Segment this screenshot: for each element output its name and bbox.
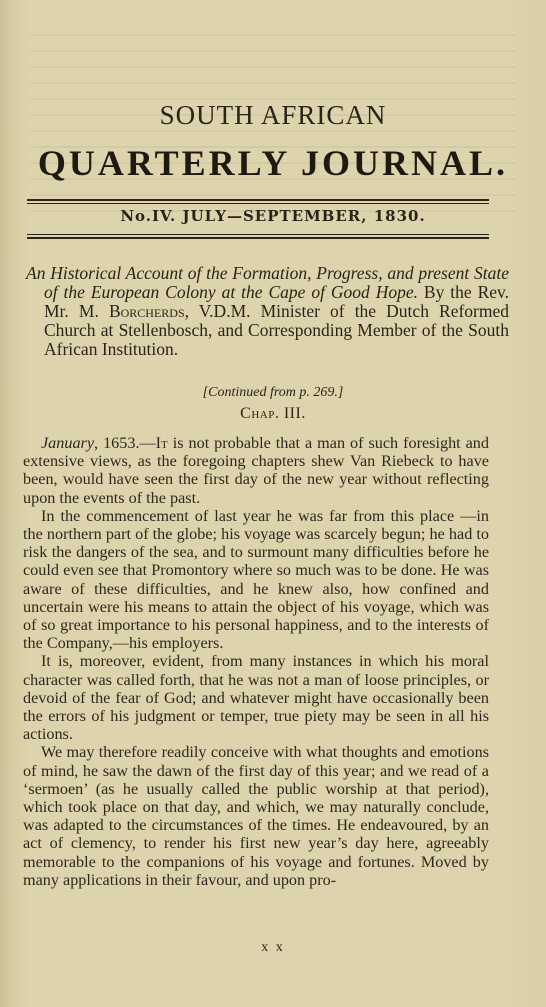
paragraph: We may therefore readily conceive with w…	[23, 743, 489, 889]
issue-line: No.IV. JULY—SEPTEMBER, 1830.	[0, 207, 546, 225]
journal-title-line1: SOUTH AFRICAN	[0, 100, 546, 131]
continued-note: [Continued from p. 269.]	[0, 385, 546, 401]
article-heading: An Historical Account of the Formation, …	[26, 264, 509, 359]
paragraph-lead-italic: January	[41, 434, 94, 452]
paragraph: In the commencement of last year he was …	[23, 507, 489, 653]
double-rule-top	[27, 199, 489, 201]
paragraph: It is, moreover, evident, from many inst…	[23, 652, 489, 743]
paragraph-lead-smallcaps: It	[156, 434, 168, 452]
author-name: Borcherds	[109, 301, 185, 321]
article-body: January, 1653.—It is not probable that a…	[23, 434, 489, 889]
paragraph: January, 1653.—It is not probable that a…	[23, 434, 489, 507]
signature-mark: x x	[0, 940, 546, 956]
paragraph-lead-date: , 1653.—	[94, 434, 156, 452]
journal-title-line2: QUARTERLY JOURNAL.	[0, 142, 546, 184]
scanned-page: SOUTH AFRICAN QUARTERLY JOURNAL. No.IV. …	[0, 0, 546, 1007]
double-rule-bottom	[27, 237, 489, 239]
double-rule-top-thin	[27, 203, 489, 204]
double-rule-bottom-thin	[27, 234, 489, 235]
chapter-heading: Chap. III.	[0, 405, 546, 423]
continued-note-text: [Continued from p. 269.]	[203, 385, 344, 400]
